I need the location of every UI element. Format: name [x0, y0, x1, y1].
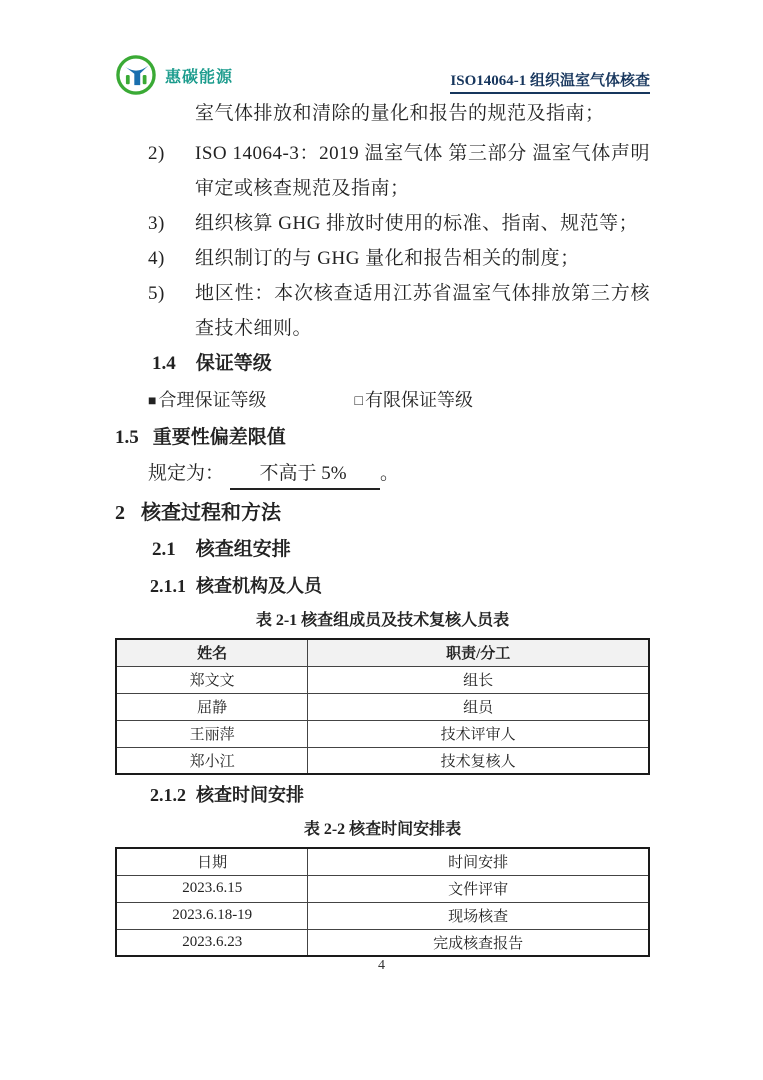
list-item-number: 2): [148, 136, 165, 171]
page-number: 4: [0, 958, 763, 974]
list-item: 4) 组织制订的与 GHG 量化和报告相关的制度；: [115, 241, 650, 276]
heading-1-4: 1.4保证等级: [152, 346, 650, 382]
option-limited-assurance: □有限保证等级: [355, 390, 473, 410]
table-2-2-caption: 表 2-2 核查时间安排表: [115, 813, 650, 847]
option-label: 合理保证等级: [158, 390, 266, 410]
threshold-line: 规定为：不高于 5%。: [148, 456, 650, 492]
heading-number: 2.1.1: [150, 576, 186, 596]
list-item-number: 3): [148, 206, 165, 241]
list-item: 5) 地区性：本次核查适用江苏省温室气体排放第三方核查技术细则。: [115, 276, 650, 346]
table-header-row: 姓名 职责/分工: [116, 639, 649, 666]
heading-2-1-1: 2.1.1核查机构及人员: [150, 568, 650, 604]
cell-date: 2023.6.15: [116, 875, 308, 902]
heading-2-1-2: 2.1.2核查时间安排: [150, 777, 650, 813]
list-item-text: 地区性：本次核查适用江苏省温室气体排放第三方核查技术细则。: [195, 283, 650, 339]
table-row: 2023.6.18-19 现场核查: [116, 902, 649, 929]
numbered-list: 2) ISO 14064-3：2019 温室气体 第三部分 温室气体声明审定或核…: [115, 136, 650, 346]
threshold-prefix: 规定为：: [148, 463, 224, 484]
table-row: 2023.6.23 完成核查报告: [116, 929, 649, 956]
cell-name: 郑文文: [116, 666, 308, 693]
cell-role: 组员: [308, 693, 649, 720]
heading-title: 重要性偏差限值: [153, 427, 286, 448]
cell-activity: 文件评审: [308, 875, 649, 902]
heading-number: 2: [115, 502, 125, 524]
table-row: 屈静 组员: [116, 693, 649, 720]
column-header: 姓名: [116, 639, 308, 666]
page-header: 惠碳能源 ISO14064-1 组织温室气体核查: [115, 50, 650, 96]
cell-activity: 现场核查: [308, 902, 649, 929]
verification-schedule-table: 日期 时间安排 2023.6.15 文件评审 2023.6.18-19 现场核查…: [115, 847, 650, 957]
table-header-row: 日期 时间安排: [116, 848, 649, 875]
table-2-1-caption: 表 2-1 核查组成员及技术复核人员表: [115, 604, 650, 638]
heading-title: 核查过程和方法: [141, 502, 281, 524]
heading-2-1: 2.1核查组安排: [152, 532, 650, 568]
heading-title: 核查机构及人员: [196, 576, 322, 596]
cell-role: 组长: [308, 666, 649, 693]
heading-number: 2.1.2: [150, 785, 186, 805]
list-item: 3) 组织核算 GHG 排放时使用的标准、指南、规范等；: [115, 206, 650, 241]
table-row: 王丽萍 技术评审人: [116, 720, 649, 747]
heading-title: 核查时间安排: [196, 785, 304, 805]
checkbox-checked-icon: ■: [148, 394, 156, 409]
threshold-suffix: 。: [380, 463, 399, 484]
cell-role: 技术复核人: [308, 747, 649, 774]
paragraph-continuation: 室气体排放和清除的量化和报告的规范及指南；: [195, 96, 650, 132]
cell-name: 郑小江: [116, 747, 308, 774]
list-item-number: 5): [148, 276, 165, 311]
cell-date: 2023.6.18-19: [116, 902, 308, 929]
list-item-number: 4): [148, 241, 165, 276]
threshold-value: 不高于 5%: [230, 460, 380, 490]
table-row: 郑小江 技术复核人: [116, 747, 649, 774]
heading-2: 2核查过程和方法: [115, 494, 650, 532]
option-label: 有限保证等级: [365, 390, 473, 410]
checkbox-unchecked-icon: □: [355, 394, 363, 409]
table-row: 郑文文 组长: [116, 666, 649, 693]
table-row: 2023.6.15 文件评审: [116, 875, 649, 902]
company-logo-icon: [115, 54, 157, 96]
heading-number: 1.4: [152, 353, 176, 374]
brand-name: 惠碳能源: [165, 64, 233, 87]
column-header: 时间安排: [308, 848, 649, 875]
list-item-text: ISO 14064-3：2019 温室气体 第三部分 温室气体声明审定或核查规范…: [195, 143, 650, 199]
list-item-text: 组织核算 GHG 排放时使用的标准、指南、规范等；: [195, 213, 638, 234]
brand: 惠碳能源: [115, 54, 233, 96]
cell-role: 技术评审人: [308, 720, 649, 747]
heading-number: 1.5: [115, 427, 139, 448]
heading-title: 核查组安排: [196, 539, 291, 560]
verification-team-table: 姓名 职责/分工 郑文文 组长 屈静 组员 王丽萍 技术评审人 郑小江 技术复核…: [115, 638, 650, 775]
heading-number: 2.1: [152, 539, 176, 560]
column-header: 职责/分工: [308, 639, 649, 666]
cell-name: 屈静: [116, 693, 308, 720]
heading-title: 保证等级: [196, 353, 272, 374]
option-reasonable-assurance: ■合理保证等级: [148, 382, 350, 420]
cell-date: 2023.6.23: [116, 929, 308, 956]
cell-name: 王丽萍: [116, 720, 308, 747]
column-header: 日期: [116, 848, 308, 875]
list-item-text: 组织制订的与 GHG 量化和报告相关的制度；: [195, 248, 580, 269]
assurance-options: ■合理保证等级 □有限保证等级: [148, 382, 650, 420]
heading-1-5: 1.5重要性偏差限值: [115, 420, 650, 456]
cell-activity: 完成核查报告: [308, 929, 649, 956]
document-title: ISO14064-1 组织温室气体核查: [450, 69, 650, 94]
list-item: 2) ISO 14064-3：2019 温室气体 第三部分 温室气体声明审定或核…: [115, 136, 650, 206]
document-page: 惠碳能源 ISO14064-1 组织温室气体核查 室气体排放和清除的量化和报告的…: [0, 0, 763, 1080]
